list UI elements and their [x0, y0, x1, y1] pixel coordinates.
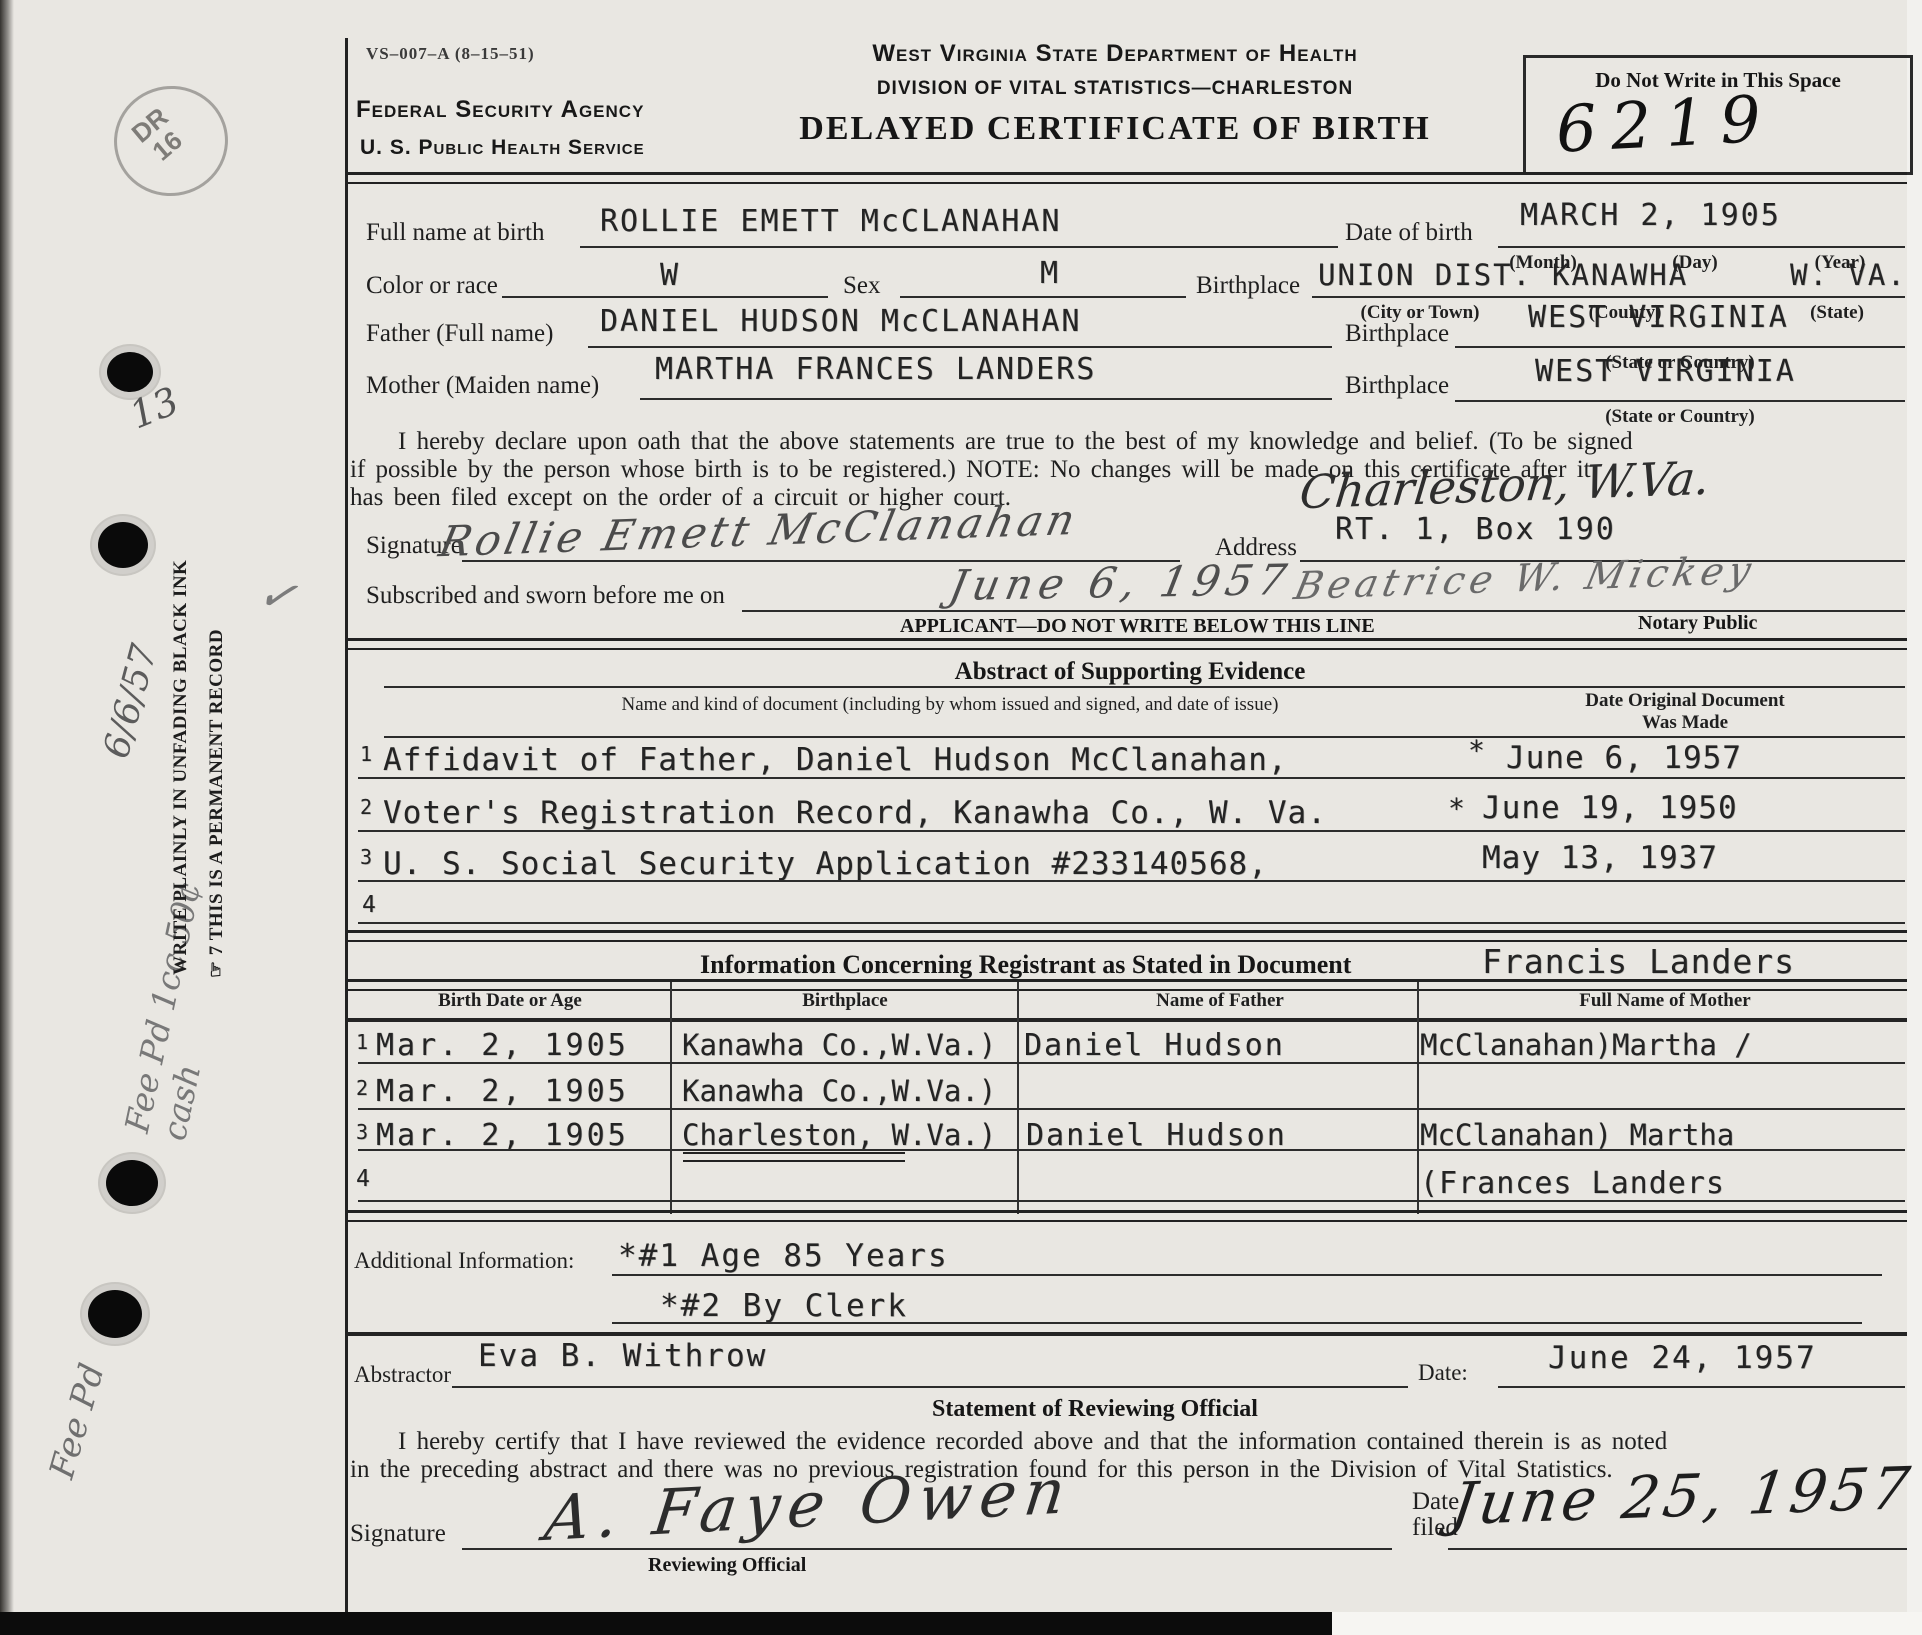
registrant-row-place: Kanawha Co.,W.Va.)	[682, 1028, 996, 1062]
mother-birthplace-label: Birthplace	[1345, 372, 1449, 400]
abstractor-line	[452, 1386, 1408, 1388]
declaration-line1: I hereby declare upon oath that the abov…	[398, 428, 1633, 456]
evidence-col2-header-line2: Was Made	[1490, 712, 1880, 734]
evidence-row-line	[358, 777, 1905, 779]
registrant-row-birth: Mar. 2, 1905	[376, 1074, 629, 1109]
registrant-title-suffix: Francis Landers	[1482, 942, 1795, 981]
mother-value: MARTHA FRANCES LANDERS	[655, 352, 1096, 387]
registrant-row-mother: (Frances Landers	[1420, 1166, 1725, 1201]
scanned-birth-certificate: DR 16 13 ✓ 6/6/57 Fee Pd 1cc 50¢ cash Fe…	[0, 0, 1922, 1635]
date-filed-line	[1448, 1548, 1907, 1550]
additional-info-line1: *#1 Age 85 Years	[618, 1238, 949, 1274]
evidence-row-num: 2	[360, 795, 374, 819]
margin-vertical-text-ink: WRITE PLAINLY IN UNFADING BLACK INK	[170, 355, 192, 975]
evidence-col2-header-line1: Date Original Document	[1490, 690, 1880, 712]
section-rule-evidence	[347, 638, 1907, 650]
evidence-row-line	[358, 830, 1905, 832]
race-label: Color or race	[366, 272, 498, 300]
evidence-row-text: U. S. Social Security Application #23314…	[383, 846, 1268, 882]
sworn-label: Subscribed and sworn before me on	[366, 582, 725, 610]
department-name: West Virginia State Department of Health	[770, 40, 1460, 68]
hole-punch	[106, 1160, 158, 1206]
margin-checkmark: ✓	[253, 565, 302, 626]
abstract-date-line	[1498, 1386, 1905, 1388]
father-birthplace-value: WEST VIRGINIA	[1528, 300, 1789, 335]
additional-info-label: Additional Information:	[354, 1248, 574, 1274]
evidence-row-num: 1	[360, 742, 374, 766]
mother-birthplace-value: WEST VIRGINIA	[1535, 354, 1796, 389]
birthplace-county-value: KANAWHA	[1552, 258, 1688, 292]
form-border-line	[345, 38, 348, 1612]
birthplace-sub-state: (State)	[1772, 302, 1902, 324]
form-number: VS–007–A (8–15–51)	[366, 44, 535, 64]
sex-line	[900, 296, 1186, 298]
certificate-number: 6219	[1554, 82, 1776, 167]
margin-note-fee-bottom: Fee Pd	[42, 1359, 113, 1483]
document-title: DELAYED CERTIFICATE OF BIRTH	[770, 110, 1460, 148]
registrant-row-birth: Mar. 2, 1905	[376, 1028, 629, 1063]
registrant-col-header-birth: Birth Date or Age	[360, 990, 660, 1012]
agency-service: U. S. Public Health Service	[360, 136, 645, 160]
registrant-col-header-father: Name of Father	[1030, 990, 1410, 1012]
reviewing-line1: I hereby certify that I have reviewed th…	[398, 1428, 1667, 1456]
evidence-row-mark: *	[1468, 734, 1487, 767]
mother-birthplace-sub: (State or Country)	[1560, 406, 1800, 428]
sex-label: Sex	[843, 272, 881, 300]
evidence-row-text: Affidavit of Father, Daniel Hudson McCla…	[383, 742, 1288, 778]
father-birthplace-line	[1455, 346, 1905, 348]
sworn-date-handwritten: June 6, 1957	[945, 555, 1296, 610]
abstractor-value: Eva B. Withrow	[478, 1338, 767, 1374]
registrant-row-line	[358, 1062, 1905, 1064]
address-value: RT. 1, Box 190	[1335, 512, 1616, 547]
full-name-line	[580, 246, 1338, 248]
margin-vertical-text-record: ☞ 7 THIS IS A PERMANENT RECORD	[206, 408, 228, 978]
scan-edge-bottom-right	[1332, 1612, 1922, 1635]
mother-birthplace-line	[1455, 400, 1905, 402]
registrant-bottom-rule	[347, 1210, 1907, 1222]
registrant-row-place: Charleston, W.Va.)	[682, 1118, 996, 1152]
additional-info-line2-rule	[612, 1322, 1862, 1324]
registrant-row-mother: McClanahan) Martha	[1420, 1118, 1734, 1152]
mother-label: Mother (Maiden name)	[366, 372, 599, 400]
table-divider	[1017, 982, 1019, 1214]
registrant-row-line	[358, 1149, 1905, 1151]
registrant-row-line	[358, 1200, 1905, 1202]
charleston-emphasis-strike	[683, 1152, 905, 1162]
evidence-row-date: June 6, 1957	[1506, 740, 1742, 776]
birthplace-city-value: UNION DIST.	[1318, 258, 1532, 292]
section-rule-registrant	[347, 930, 1907, 942]
applicant-note: APPLICANT—DO NOT WRITE BELOW THIS LINE	[900, 615, 1370, 638]
scan-edge-left	[0, 0, 14, 1635]
dob-label: Date of birth	[1345, 219, 1473, 247]
registrant-row-num: 4	[356, 1166, 372, 1192]
reviewing-signature-line	[462, 1548, 1392, 1550]
scan-edge-right	[1907, 0, 1922, 1635]
sex-value: M	[1040, 256, 1060, 291]
reviewing-official-label: Reviewing Official	[648, 1554, 806, 1577]
additional-section-rule	[347, 1332, 1907, 1336]
evidence-row-date: June 19, 1950	[1482, 790, 1738, 826]
evidence-col1-header: Name and kind of document (including by …	[420, 694, 1480, 716]
header-rule	[347, 172, 1907, 184]
birthplace-line	[1312, 296, 1905, 298]
scan-edge-bottom-bar	[0, 1612, 1332, 1635]
registrant-row-num: 2	[356, 1076, 370, 1100]
registrant-colheader-rule	[347, 1018, 1907, 1022]
evidence-title-rule	[384, 686, 1905, 688]
agency-name: Federal Security Agency	[356, 96, 644, 124]
evidence-row-line	[358, 880, 1905, 882]
birthplace-label: Birthplace	[1196, 272, 1300, 300]
additional-info-line2: *#2 By Clerk	[660, 1288, 908, 1324]
evidence-row-text: Voter's Registration Record, Kanawha Co.…	[383, 795, 1327, 831]
division-name: DIVISION OF VITAL STATISTICS—CHARLESTON	[770, 78, 1460, 100]
registrant-row-num: 1	[356, 1030, 370, 1054]
registrant-row-father: Daniel Hudson	[1026, 1118, 1287, 1153]
hole-punch	[88, 1290, 142, 1338]
evidence-row-num: 3	[360, 845, 374, 869]
race-line	[502, 296, 828, 298]
do-not-write-box: Do Not Write in This Space 6219	[1523, 55, 1913, 175]
father-value: DANIEL HUDSON McCLANAHAN	[600, 304, 1081, 339]
margin-note-date: 6/6/57	[96, 640, 166, 763]
father-line	[588, 346, 1332, 348]
mother-line	[640, 398, 1332, 400]
table-divider	[1417, 982, 1419, 1214]
registrant-row-place: Kanawha Co.,W.Va.)	[682, 1074, 996, 1108]
reviewing-signature-label: Signature	[350, 1520, 446, 1548]
registrant-row-num: 3	[356, 1120, 370, 1144]
evidence-row-date: May 13, 1937	[1482, 840, 1718, 876]
father-birthplace-label: Birthplace	[1345, 320, 1449, 348]
full-name-label: Full name at birth	[366, 219, 544, 247]
evidence-row-line	[358, 922, 1905, 924]
registrant-row-line	[358, 1108, 1905, 1110]
abstractor-label: Abstractor	[354, 1362, 451, 1388]
evidence-row-num: 4	[362, 892, 378, 918]
evidence-title: Abstract of Supporting Evidence	[880, 658, 1380, 686]
registrant-title: Information Concerning Registrant as Sta…	[700, 950, 1351, 980]
birthplace-state-value: W. VA.	[1790, 258, 1907, 292]
dob-value: MARCH 2, 1905	[1520, 198, 1781, 233]
table-divider	[670, 982, 672, 1214]
additional-info-line1-rule	[612, 1274, 1882, 1276]
hole-punch	[107, 352, 153, 392]
evidence-header-rule	[384, 736, 1905, 738]
evidence-row-mark: *	[1448, 792, 1467, 825]
father-label: Father (Full name)	[366, 320, 553, 348]
race-value: W	[660, 258, 680, 293]
abstract-date-label: Date:	[1418, 1360, 1468, 1386]
reviewing-title: Statement of Reviewing Official	[860, 1396, 1330, 1423]
registrant-col-header-mother: Full Name of Mother	[1430, 990, 1900, 1012]
dob-line	[1498, 246, 1905, 248]
abstract-date-value: June 24, 1957	[1548, 1340, 1817, 1376]
full-name-value: ROLLIE EMETT McCLANAHAN	[600, 204, 1061, 239]
notary-label: Notary Public	[1638, 612, 1757, 635]
registrant-row-birth: Mar. 2, 1905	[376, 1118, 629, 1153]
date-stamp: DR 16	[107, 79, 235, 204]
registrant-row-mother: McClanahan)Martha /	[1420, 1028, 1752, 1062]
hole-punch	[98, 522, 148, 568]
registrant-col-header-birthplace: Birthplace	[680, 990, 1010, 1012]
registrant-row-father: Daniel Hudson	[1024, 1028, 1285, 1063]
notary-signature: Beatrice W. Mickey	[1290, 548, 1760, 608]
